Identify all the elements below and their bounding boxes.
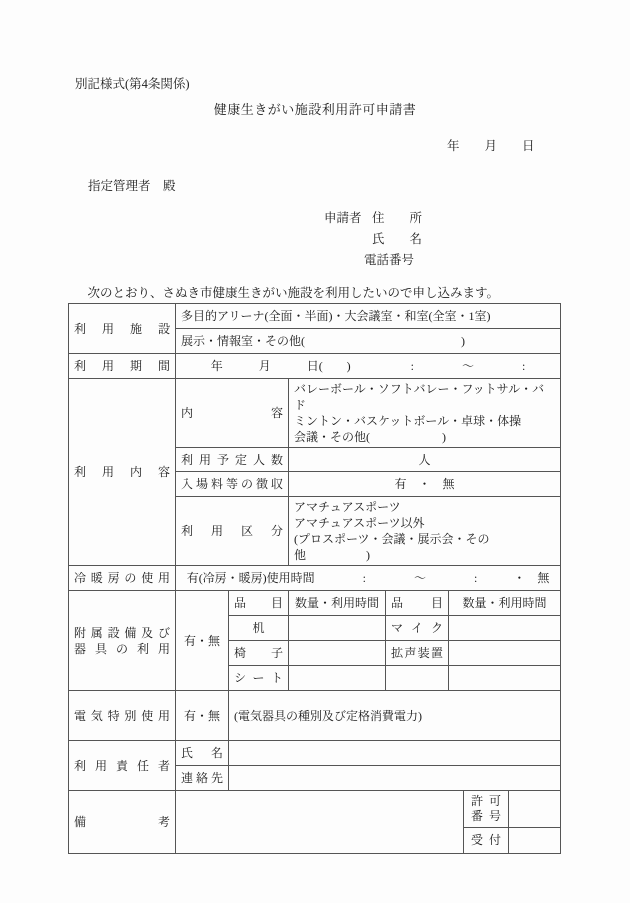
remarks-label-cell: 備考 [69, 791, 176, 854]
permit-number-line1: 許可 [471, 794, 501, 809]
equipment-item-mic: マイク [386, 616, 449, 641]
electric-note-cell: (電気器具の種別及び定格消費電力) [229, 691, 561, 741]
equipment-qty-blank [289, 666, 386, 691]
equipment-qty-blank [449, 641, 561, 666]
admission-value-cell: 有 ・ 無 [289, 472, 561, 497]
application-table: 利用施設 多目的アリーナ(全面・半面)・大会議室・和室(全室・1室) 展示・情報… [68, 303, 561, 854]
applicant-address-label: 住 所 [372, 208, 422, 226]
equipment-header-qty2: 数量・利用時間 [449, 591, 561, 616]
content-label-cell: 利用内容 [69, 379, 176, 566]
intro-sentence: 次のとおり、さぬき市健康生きがい施設を利用したいので申し込みます。 [75, 283, 499, 301]
applicant-name-label: 氏 名 [372, 229, 422, 247]
equipment-qty-blank [449, 616, 561, 641]
reception-value-cell [508, 827, 560, 853]
electric-presence-cell: 有・無 [176, 691, 229, 741]
equipment-qty-blank [289, 616, 386, 641]
form-style-note: 別記様式(第4条関係) [75, 74, 190, 92]
applicant-label: 申請者 [324, 208, 362, 226]
category-line: (プロスポーツ・会議・展示会・その他 ) [294, 531, 555, 563]
hvac-label-cell: 冷暖房の使用 [69, 566, 176, 591]
manager-contact-label-cell: 連絡先 [176, 766, 229, 791]
naiyou-line: ミントン・バスケットボール・卓球・体操 [294, 413, 555, 429]
equipment-item-amplifier: 拡声装置 [386, 641, 449, 666]
reception-label-cell: 受付 [463, 827, 508, 853]
admission-label-cell: 入場料等の徴収 [176, 472, 289, 497]
applicant-phone-label: 電話番号 [364, 250, 414, 268]
equipment-label-line2: 器具の利用 [74, 641, 170, 657]
equipment-qty-blank [449, 666, 561, 691]
manager-contact-value-cell [229, 766, 561, 791]
equipment-label-cell: 附属設備及び 器具の利用 [69, 591, 176, 691]
content-naiyou-label-cell: 内容 [176, 379, 289, 448]
manager-label-cell: 利用責任者 [69, 741, 176, 791]
facility-options-line1: 多目的アリーナ(全面・半面)・大会議室・和室(全室・1室) [176, 304, 561, 329]
manager-name-value-cell [229, 741, 561, 766]
equipment-item-blank [386, 666, 449, 691]
addressee-line: 指定管理者 殿 [88, 176, 176, 194]
remarks-content-cell: 許可 番号 受付 [176, 791, 561, 854]
application-form-page: 別記様式(第4条関係) 健康生きがい施設利用許可申請書 年 月 日 指定管理者 … [0, 0, 630, 903]
permit-number-line2: 番号 [471, 809, 501, 824]
equipment-header-qty1: 数量・利用時間 [289, 591, 386, 616]
manager-name-label-cell: 氏名 [176, 741, 229, 766]
permit-number-label-cell: 許可 番号 [463, 791, 508, 827]
electric-label-cell: 電気特別使用 [69, 691, 176, 741]
category-value-cell: アマチュアスポーツ アマチュアスポーツ以外 (プロスポーツ・会議・展示会・その他… [289, 497, 561, 566]
people-label-cell: 利用予定人数 [176, 448, 289, 472]
office-use-mini-table: 許可 番号 受付 [463, 791, 560, 853]
equipment-item-desk: 机 [229, 616, 289, 641]
facility-options-line2: 展示・情報室・その他( ) [176, 329, 561, 354]
naiyou-line: 会議・その他( ) [294, 429, 555, 445]
period-value-cell: 年 月 日( ) : ～ : [176, 354, 561, 379]
permit-number-value-cell [508, 791, 560, 827]
people-value-cell: 人 [289, 448, 561, 472]
equipment-header-item2: 品目 [386, 591, 449, 616]
equipment-item-chair: 椅子 [229, 641, 289, 666]
equipment-qty-blank [289, 641, 386, 666]
naiyou-line: バレーボール・ソフトバレー・フットサル・バド [294, 381, 555, 413]
content-naiyou-value-cell: バレーボール・ソフトバレー・フットサル・バド ミントン・バスケットボール・卓球・… [289, 379, 561, 448]
hvac-value-cell: 有(冷房・暖房)使用時間 : ～ : ・ 無 [176, 566, 561, 591]
equipment-item-sheet: シート [229, 666, 289, 691]
category-line: アマチュアスポーツ以外 [294, 515, 555, 531]
equipment-presence-cell: 有・無 [176, 591, 229, 691]
period-label-cell: 利用期間 [69, 354, 176, 379]
page-title: 健康生きがい施設利用許可申請書 [0, 99, 630, 118]
date-line: 年 月 日 [447, 136, 535, 154]
equipment-label-line1: 附属設備及び [74, 625, 170, 641]
category-label-cell: 利用区分 [176, 497, 289, 566]
equipment-header-item1: 品目 [229, 591, 289, 616]
reception-label: 受付 [471, 833, 501, 848]
facility-label-cell: 利用施設 [69, 304, 176, 354]
category-line: アマチュアスポーツ [294, 499, 555, 515]
